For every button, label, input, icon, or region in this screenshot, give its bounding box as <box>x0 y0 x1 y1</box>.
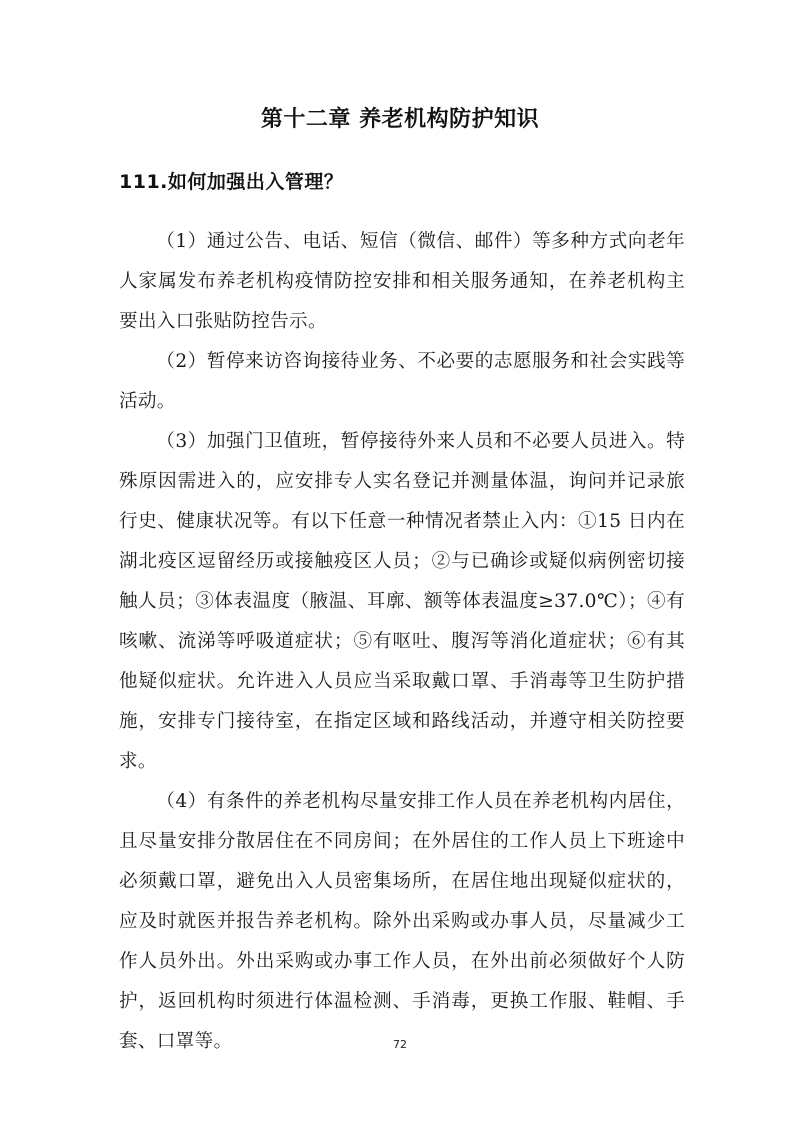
paragraph-2: （2）暂停来访咨询接待业务、不必要的志愿服务和社会实践等活动。 <box>119 342 685 422</box>
paragraph-4: （4）有条件的养老机构尽量安排工作人员在养老机构内居住，且尽量安排分散居住在不同… <box>119 782 685 1062</box>
paragraph-1: （1）通过公告、电话、短信（微信、邮件）等多种方式向老年人家属发布养老机构疫情防… <box>119 222 685 342</box>
paragraph-3: （3）加强门卫值班，暂停接待外来人员和不必要人员进入。特殊原因需进入的，应安排专… <box>119 422 685 782</box>
page-number: 72 <box>0 1038 800 1051</box>
document-body: （1）通过公告、电话、短信（微信、邮件）等多种方式向老年人家属发布养老机构疫情防… <box>119 222 685 1062</box>
question-heading: 111.如何加强出入管理？ <box>119 167 343 194</box>
document-page: 第十二章 养老机构防护知识 111.如何加强出入管理？ （1）通过公告、电话、短… <box>0 0 800 1131</box>
chapter-title: 第十二章 养老机构防护知识 <box>0 102 800 133</box>
